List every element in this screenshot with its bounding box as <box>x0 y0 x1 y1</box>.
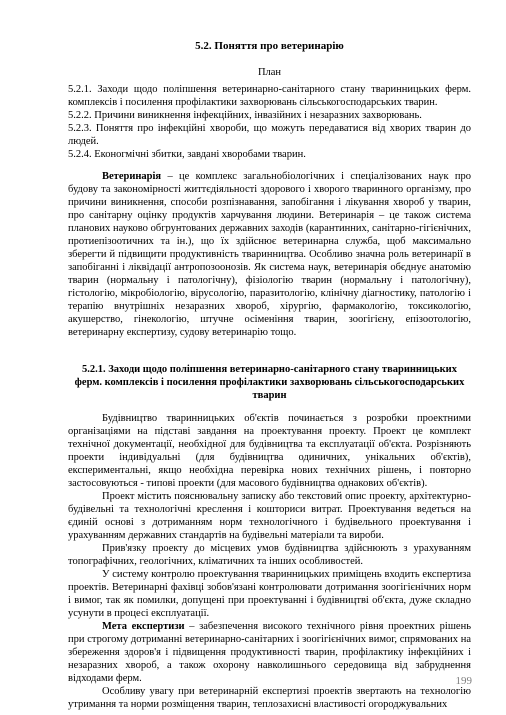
paragraph-site-binding: Прив'язку проекту до місцевих умов будів… <box>68 542 471 568</box>
term-veterinariya: Ветеринарія <box>102 171 161 182</box>
section-title: 5.2. Поняття про ветеринарію <box>68 40 471 53</box>
plan-item-2: 5.2.2. Причини виникнення інфекційних, і… <box>68 109 471 122</box>
plan-item-3: 5.2.3. Поняття про інфекційні хвороби, щ… <box>68 122 471 148</box>
paragraph-special-attention: Особливу увагу при ветеринарній експерти… <box>68 685 471 711</box>
page-number: 199 <box>456 675 473 688</box>
definition-paragraph-text: – це комплекс загальнобіологічних і спец… <box>68 171 471 338</box>
paragraph-construction: Будівництво тваринницьких об'єктів почин… <box>68 412 471 490</box>
subsection-heading: 5.2.1. Заходи щодо поліпшення ветеринарн… <box>68 363 471 402</box>
paragraph-expertise-goal: Мета експертизи – забезпечення високого … <box>68 620 471 685</box>
paragraph-project-contents: Проект містить пояснювальну записку або … <box>68 490 471 542</box>
term-meta-ekspertyzy: Мета експертизи <box>102 621 185 632</box>
plan-list: 5.2.1. Заходи щодо поліпшення ветеринарн… <box>68 83 471 161</box>
plan-item-4: 5.2.4. Еконогмічні збитки, завдані хворо… <box>68 148 471 161</box>
page-content: 5.2. Поняття про ветеринарію План 5.2.1.… <box>68 40 471 711</box>
document-page: 5.2. Поняття про ветеринарію План 5.2.1.… <box>0 0 506 715</box>
definition-paragraph: Ветеринарія – це комплекс загальнобіолог… <box>68 170 471 339</box>
plan-heading: План <box>68 66 471 79</box>
paragraph-expertise-system: У систему контролю проектування тваринни… <box>68 568 471 620</box>
plan-item-1: 5.2.1. Заходи щодо поліпшення ветеринарн… <box>68 83 471 109</box>
